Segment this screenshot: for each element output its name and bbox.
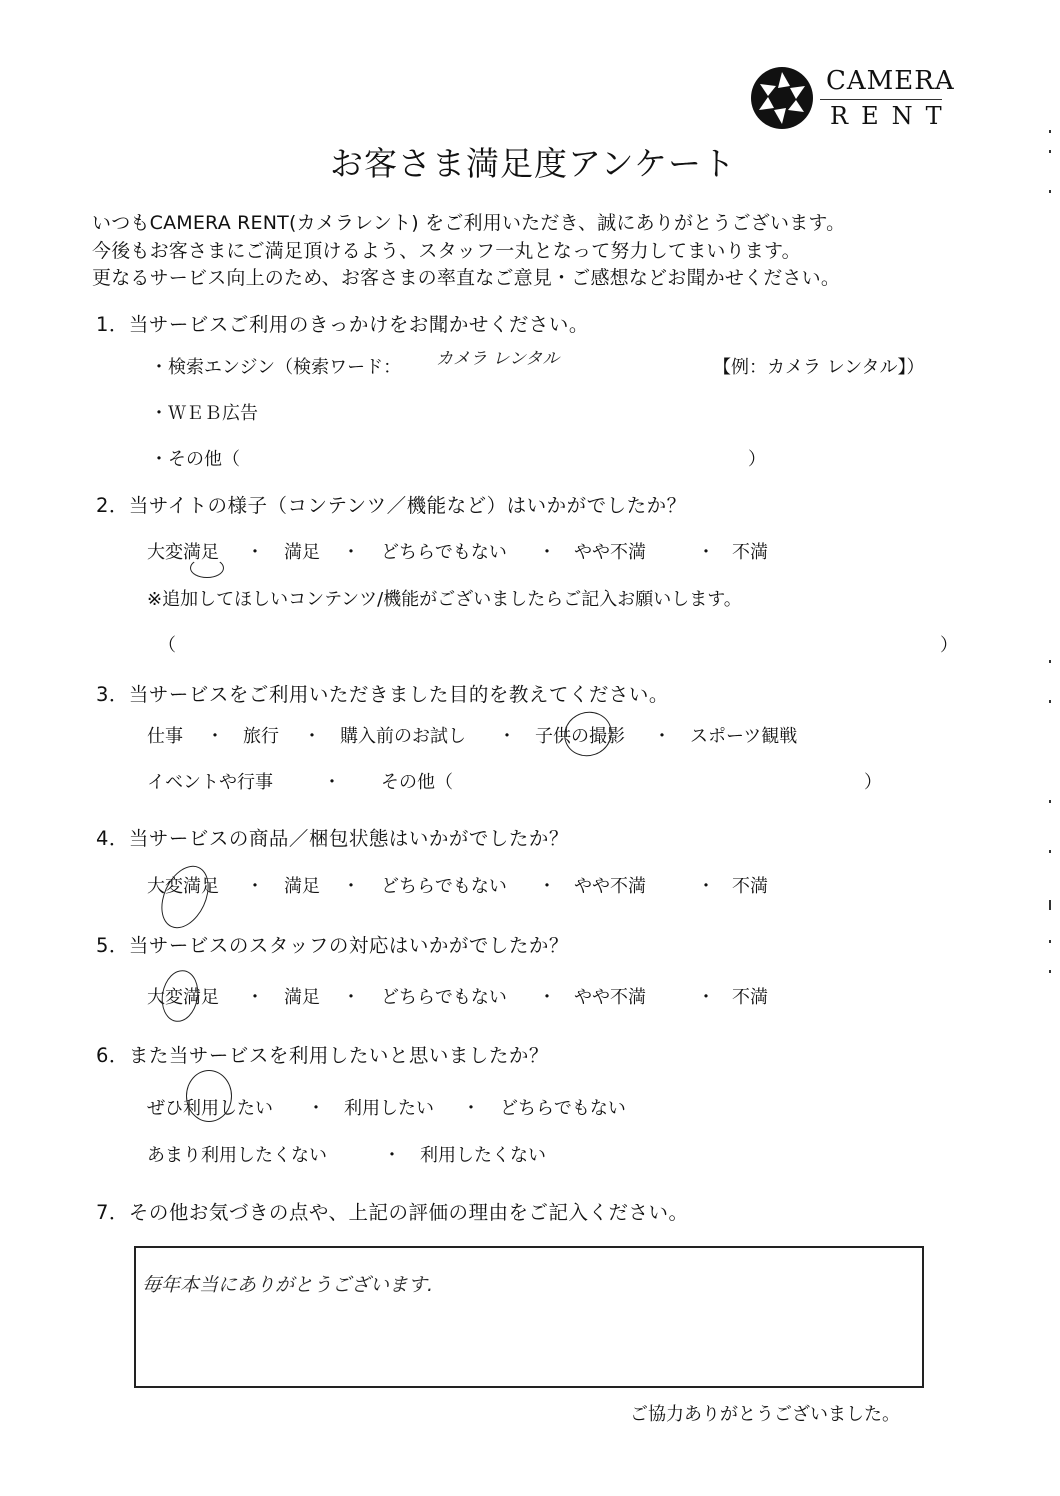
q6-option-not-really[interactable]: あまり利用したくない xyxy=(147,1141,327,1167)
q6-separator-3: ・ xyxy=(383,1141,401,1167)
q2-separator-4: ・ xyxy=(697,538,715,564)
question-5-label: 5．当サービスのスタッフの対応はいかがでしたか？ xyxy=(96,930,569,958)
intro-line-3: 更なるサービス向上のため、お客さまの率直なご意見・ご感想などお聞かせください。 xyxy=(92,263,840,290)
q2-separator-2: ・ xyxy=(342,538,360,564)
q6-separator-1: ・ xyxy=(307,1094,325,1120)
q5-separator-1: ・ xyxy=(246,983,264,1009)
q5-option-satisfied[interactable]: 満足 xyxy=(284,983,320,1009)
q3-separator-5: ・ xyxy=(323,768,341,794)
q4-option-satisfied[interactable]: 満足 xyxy=(284,872,320,898)
q2-option-neutral[interactable]: どちらでもない xyxy=(381,538,507,564)
q3-option-trial[interactable]: 購入前のお試し xyxy=(340,722,466,748)
q1-option-other[interactable]: ・その他（ xyxy=(150,445,240,471)
q1-option-search-engine[interactable]: ・検索エンジン（検索ワード： xyxy=(150,353,401,379)
question-7-label: 7．その他お気づきの点や、上記の評価の理由をご記入ください。 xyxy=(96,1197,689,1225)
q5-option-somewhat-dissatisfied[interactable]: やや不満 xyxy=(574,983,646,1009)
question-4-label: 4．当サービスの商品／梱包状態はいかがでしたか？ xyxy=(96,823,569,851)
q5-separator-3: ・ xyxy=(538,983,556,1009)
camera-shutter-icon xyxy=(750,66,814,130)
q3-option-travel[interactable]: 旅行 xyxy=(243,722,279,748)
scan-artifact xyxy=(1049,700,1051,703)
scan-artifact xyxy=(1049,970,1051,973)
q3-separator-4: ・ xyxy=(653,722,671,748)
question-2-label: 2．当サイトの様子（コンテンツ／機能など）はいかがでしたか？ xyxy=(96,490,687,518)
q4-separator-1: ・ xyxy=(246,872,264,898)
scan-artifact xyxy=(1049,150,1051,153)
logo-text-rent: RENT xyxy=(830,102,955,130)
scan-artifact xyxy=(1049,130,1051,133)
q7-comment-text: 毎年本当にありがとうございます. xyxy=(142,1270,433,1297)
q2-option-somewhat-dissatisfied[interactable]: やや不満 xyxy=(574,538,646,564)
q1-option-web-ad[interactable]: ・ＷＥＢ広告 xyxy=(150,399,258,425)
q4-option-dissatisfied[interactable]: 不満 xyxy=(732,872,768,898)
q2-request-open-paren: （ xyxy=(158,631,176,657)
q2-request-note: ※追加してほしいコンテンツ/機能がございましたらご記入お願いします。 xyxy=(147,585,742,611)
q5-separator-4: ・ xyxy=(697,983,715,1009)
intro-line-2: 今後もお客さまにご満足頂けるよう、スタッフ一丸となって努力してまいります。 xyxy=(92,236,801,263)
q3-option-events[interactable]: イベントや行事 xyxy=(147,768,273,794)
scan-artifact xyxy=(1049,850,1051,853)
q4-option-neutral[interactable]: どちらでもない xyxy=(381,872,507,898)
q4-option-somewhat-dissatisfied[interactable]: やや不満 xyxy=(574,872,646,898)
question-6-label: 6．また当サービスを利用したいと思いましたか？ xyxy=(96,1040,549,1068)
q2-selection-mark xyxy=(190,558,224,578)
q3-option-work[interactable]: 仕事 xyxy=(147,722,183,748)
q3-option-sports[interactable]: スポーツ観戦 xyxy=(690,722,797,748)
q3-option-other[interactable]: その他（ xyxy=(381,768,453,794)
q3-separator-3: ・ xyxy=(498,722,516,748)
q3-separator-2: ・ xyxy=(303,722,321,748)
q2-option-dissatisfied[interactable]: 不満 xyxy=(732,538,768,564)
q3-separator-1: ・ xyxy=(206,722,224,748)
q6-option-yes[interactable]: 利用したい xyxy=(344,1094,434,1120)
scan-artifact xyxy=(1049,900,1051,910)
q3-selection-mark xyxy=(558,705,618,763)
scan-artifact xyxy=(1049,940,1051,943)
q6-option-neutral[interactable]: どちらでもない xyxy=(500,1094,626,1120)
scan-artifact xyxy=(1049,800,1051,803)
logo-text-camera: CAMERA xyxy=(826,66,955,96)
question-3-label: 3．当サービスをご利用いただきました目的を教えてください。 xyxy=(96,679,669,707)
q7-comment-box[interactable]: 毎年本当にありがとうございます. xyxy=(134,1246,924,1388)
intro-line-1: いつもCAMERA RENT(カメラレント) をご利用いただき、誠にありがとうご… xyxy=(92,208,845,235)
q4-separator-3: ・ xyxy=(538,872,556,898)
q2-request-close-paren: ） xyxy=(940,631,958,657)
q6-selection-mark xyxy=(186,1070,232,1122)
q1-search-example: 【例：カメラ レンタル】） xyxy=(713,353,925,379)
q6-option-no[interactable]: 利用したくない xyxy=(420,1141,546,1167)
q2-separator-3: ・ xyxy=(538,538,556,564)
q2-option-satisfied[interactable]: 満足 xyxy=(284,538,320,564)
q4-separator-2: ・ xyxy=(342,872,360,898)
q5-option-dissatisfied[interactable]: 不満 xyxy=(732,983,768,1009)
camera-rent-logo: CAMERA RENT xyxy=(750,66,950,136)
page-title: お客さま満足度アンケート xyxy=(330,138,736,185)
q5-separator-2: ・ xyxy=(342,983,360,1009)
q1-search-word-answer[interactable]: カメラ レンタル xyxy=(436,344,559,369)
q4-separator-4: ・ xyxy=(697,872,715,898)
scan-artifact xyxy=(1049,190,1051,193)
q2-separator-1: ・ xyxy=(246,538,264,564)
closing-thanks: ご協力ありがとうございました。 xyxy=(630,1400,900,1426)
q5-option-neutral[interactable]: どちらでもない xyxy=(381,983,507,1009)
question-1-label: 1．当サービスご利用のきっかけをお聞かせください。 xyxy=(96,309,589,337)
q5-selection-mark xyxy=(158,967,202,1024)
q6-separator-2: ・ xyxy=(462,1094,480,1120)
scan-artifact xyxy=(1049,660,1051,663)
q3-other-close-paren: ） xyxy=(864,768,882,794)
q1-other-close-paren: ） xyxy=(748,445,766,471)
logo-divider xyxy=(820,99,942,100)
